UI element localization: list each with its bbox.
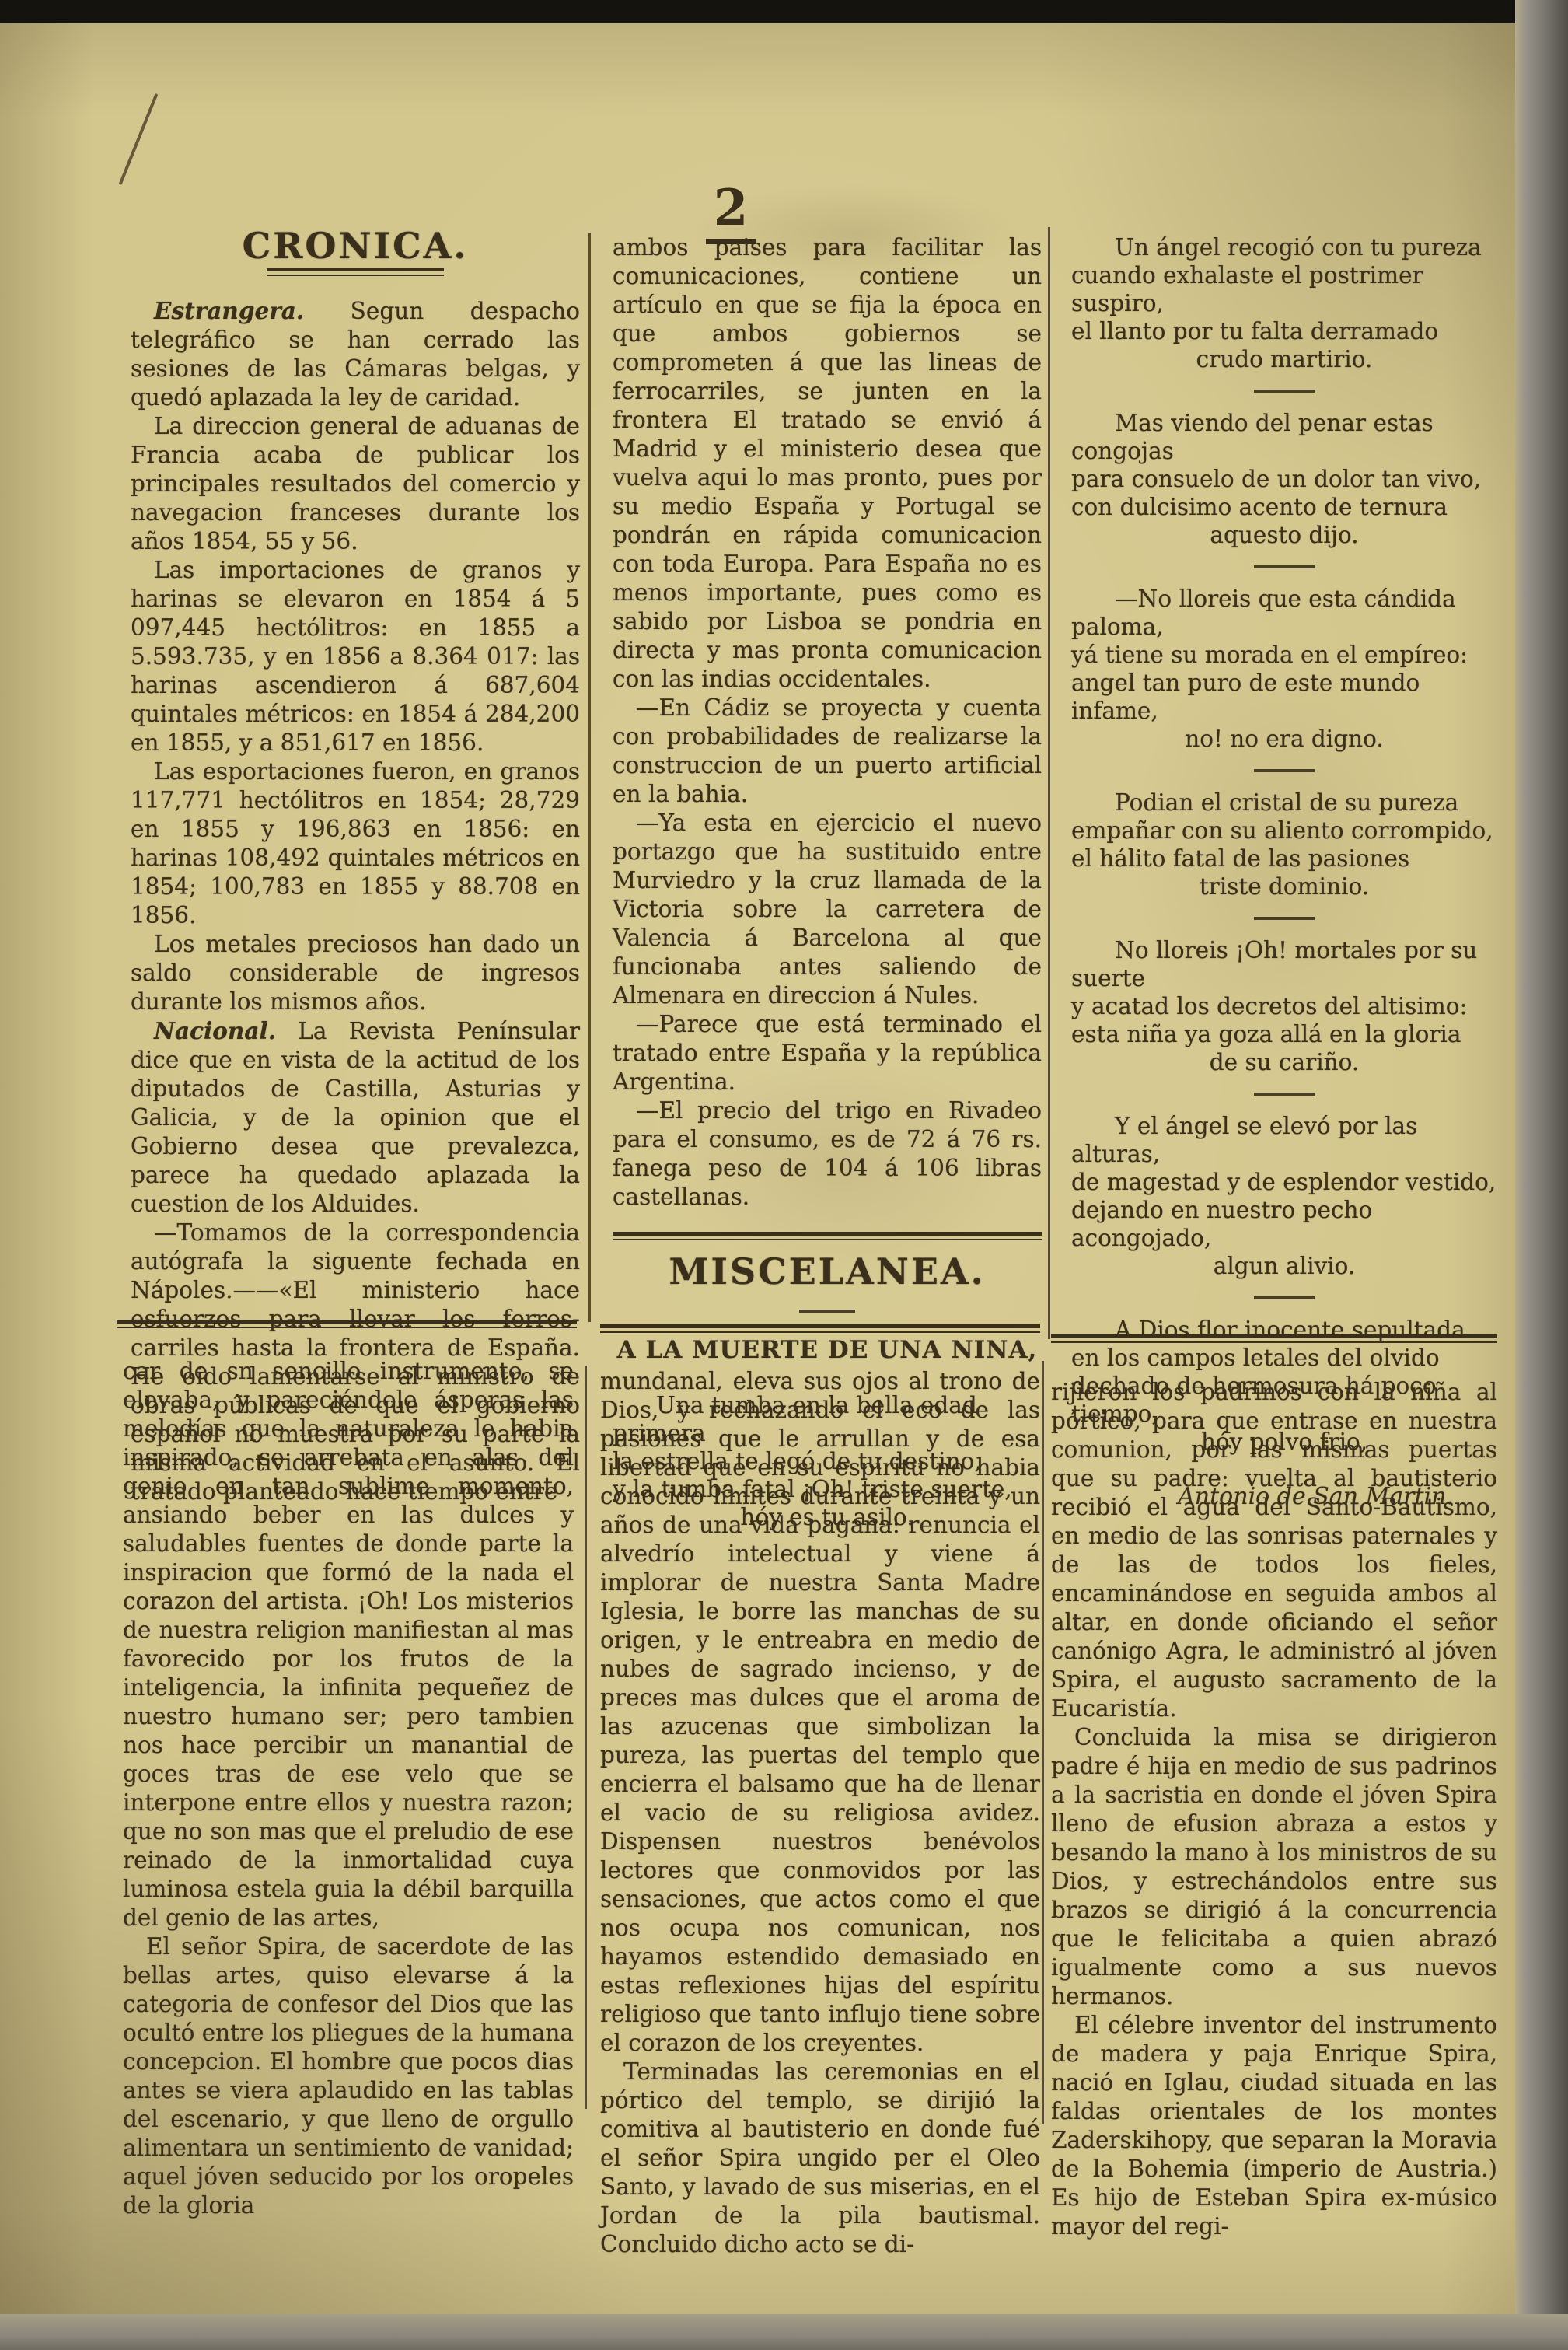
poem-title: A LA MUERTE DE UNA NINA,	[613, 1336, 1042, 1365]
stanza-rule	[1254, 1093, 1315, 1096]
pen-mark	[119, 93, 159, 185]
verse-line: yá tiene su morada en el empíreo:	[1071, 641, 1497, 669]
verse-line: y acatad los decretos del altisimo:	[1071, 992, 1497, 1020]
verse-line: cuando exhalaste el postrimer suspiro,	[1071, 261, 1497, 317]
section-rule	[613, 1232, 1042, 1240]
news-paragraph: —Ya esta en ejercicio el nuevo portazgo …	[613, 809, 1042, 1010]
paragraph-text: ambos paises para facilitar las comunica…	[613, 234, 1042, 692]
poem-stanza: No lloreis ¡Oh! mortales por su suerte y…	[1071, 936, 1497, 1076]
poem-stanza: Podian el cristal de su pureza empañar c…	[1071, 789, 1497, 900]
article-paragraph: Concluida la misa se dirigieron padre é …	[1051, 1723, 1497, 2011]
verse-line: —No lloreis que esta cándida paloma,	[1071, 585, 1497, 641]
newspaper-page: 2 CRONICA. Estrangera. Segun despacho te…	[0, 0, 1568, 2350]
cronica-paragraph: Las importaciones de granos y harinas se…	[131, 556, 580, 757]
news-paragraph: —El precio del trigo en Rivadeo para el …	[613, 1096, 1042, 1212]
stanza-rule	[1254, 1296, 1315, 1299]
stanza-rule	[1254, 917, 1315, 920]
paragraph-text: El señor Spira, de sacerdote de las bell…	[123, 1933, 574, 2219]
stanza-rule	[1254, 390, 1315, 393]
paragraph-text: El célebre inventor del instrumento de m…	[1051, 2012, 1497, 2240]
column-cronica: CRONICA. Estrangera. Segun despacho tele…	[131, 232, 580, 1506]
verse-line: aquesto dijo.	[1071, 521, 1497, 549]
paragraph-text: —El precio del trigo en Rivadeo para el …	[613, 1097, 1042, 1210]
article-paragraph: El célebre inventor del instrumento de m…	[1051, 2011, 1497, 2241]
news-paragraph: ambos paises para facilitar las comunica…	[613, 233, 1042, 694]
verse-line: esta niña ya goza allá en la gloria	[1071, 1020, 1497, 1048]
stanza-rule	[1254, 769, 1315, 772]
verse-line: con dulcisimo acento de ternura	[1071, 493, 1497, 521]
scan-edge-right	[1515, 0, 1568, 2350]
verse-line: para consuelo de un dolor tan vivo,	[1071, 465, 1497, 493]
verse-line: A Dios flor inocente sepultada	[1071, 1316, 1497, 1344]
heading-rule	[267, 268, 444, 276]
poem-stanza: Un ángel recogió con tu pureza cuando ex…	[1071, 233, 1497, 373]
cronica-heading: CRONICA.	[131, 232, 580, 261]
article-paragraph: mundanal, eleva sus ojos al trono de Dio…	[600, 1367, 1040, 2058]
verse-line: angel tan puro de este mundo infame,	[1071, 669, 1497, 725]
paragraph-text: La Revista Penínsular dice que en vista …	[131, 1018, 580, 1217]
cronica-paragraph: Estrangera. Segun despacho telegráfico s…	[131, 296, 580, 412]
cronica-paragraph: Nacional. La Revista Penínsular dice que…	[131, 1016, 580, 1219]
article-paragraph: car de sn sencillo instrumento, se eleva…	[123, 1357, 574, 1932]
column-divider	[1048, 227, 1050, 1339]
verse-line: de magestad y de esplendor vestido,	[1071, 1168, 1497, 1196]
poem-stanza: Mas viendo del penar estas congojas para…	[1071, 409, 1497, 549]
verse-line: el llanto por tu falta derramado	[1071, 317, 1497, 345]
paragraph-lead: Nacional.	[154, 1017, 276, 1044]
cronica-paragraph: La direccion general de aduanas de Franc…	[131, 412, 580, 556]
news-paragraph: —En Cádiz se proyecta y cuenta con proba…	[613, 694, 1042, 809]
paragraph-text: rijieron los padrinos con la niña al pór…	[1051, 1379, 1497, 1722]
column-middle: ambos paises para facilitar las comunica…	[613, 233, 1042, 1531]
verse-line: Mas viendo del penar estas congojas	[1071, 409, 1497, 465]
verse-line: en los campos letales del olvido	[1071, 1344, 1497, 1372]
verse-line: Un ángel recogió con tu pureza	[1071, 233, 1497, 261]
paragraph-lead: Estrangera.	[154, 297, 304, 324]
poem-stanza: Y el ángel se elevó por las alturas, de …	[1071, 1112, 1497, 1280]
column-divider	[585, 1366, 587, 2109]
column-bottom-right: rijieron los padrinos con la niña al pór…	[1051, 1378, 1497, 2241]
column-bottom-left: car de sn sencillo instrumento, se eleva…	[123, 1357, 574, 2220]
article-paragraph: El señor Spira, de sacerdote de las bell…	[123, 1932, 574, 2220]
scan-edge-top	[0, 0, 1568, 23]
paragraph-text: Las importaciones de granos y harinas se…	[131, 557, 580, 756]
heading-rule	[799, 1310, 855, 1313]
paragraph-text: —En Cádiz se proyecta y cuenta con proba…	[613, 694, 1042, 807]
stanza-rule	[1254, 565, 1315, 568]
verse-line: el hálito fatal de las pasiones	[1071, 845, 1497, 873]
verse-line: algun alivio.	[1071, 1252, 1497, 1280]
paragraph-text: Terminadas las ceremonias en el pórtico …	[600, 2058, 1040, 2257]
verse-line: Y el ángel se elevó por las alturas,	[1071, 1112, 1497, 1168]
paragraph-text: —Parece que está terminado el tratado en…	[613, 1011, 1042, 1095]
scan-edge-bottom	[0, 2314, 1568, 2350]
paragraph-text: —Ya esta en ejercicio el nuevo portazgo …	[613, 810, 1042, 1009]
verse-line: No lloreis ¡Oh! mortales por su suerte	[1071, 936, 1497, 992]
verse-line: triste dominio.	[1071, 873, 1497, 900]
paragraph-text: Los metales preciosos han dado un saldo …	[131, 931, 580, 1015]
article-paragraph: rijieron los padrinos con la niña al pór…	[1051, 1378, 1497, 1723]
paragraph-text: car de sn sencillo instrumento, se eleva…	[123, 1358, 574, 1931]
verse-line: Podian el cristal de su pureza	[1071, 789, 1497, 817]
verse-line: no! no era digno.	[1071, 725, 1497, 753]
column-bottom-middle: mundanal, eleva sus ojos al trono de Dio…	[600, 1367, 1040, 2259]
miscelanea-heading: MISCELANEA.	[613, 1257, 1042, 1286]
paragraph-text: La direccion general de aduanas de Franc…	[131, 413, 580, 554]
paragraph-text: Concluida la misa se dirigieron padre é …	[1051, 1724, 1497, 2009]
column-divider	[588, 233, 591, 1322]
column-divider	[1042, 1361, 1044, 2124]
news-paragraph: —Parece que está terminado el tratado en…	[613, 1010, 1042, 1096]
column-poem: Un ángel recogió con tu pureza cuando ex…	[1071, 233, 1497, 1511]
verse-line: de su cariño.	[1071, 1048, 1497, 1076]
verse-line: empañar con su aliento corrompido,	[1071, 817, 1497, 845]
poem-stanza: —No lloreis que esta cándida paloma, yá …	[1071, 585, 1497, 753]
verse-line: crudo martirio.	[1071, 345, 1497, 373]
paragraph-text: Las esportaciones fueron, en granos 117,…	[131, 758, 580, 928]
cronica-paragraph: Los metales preciosos han dado un saldo …	[131, 930, 580, 1016]
verse-line: dejando en nuestro pecho acongojado,	[1071, 1196, 1497, 1252]
paragraph-text: mundanal, eleva sus ojos al trono de Dio…	[600, 1368, 1040, 2056]
cronica-paragraph: Las esportaciones fueron, en granos 117,…	[131, 757, 580, 930]
article-paragraph: Terminadas las ceremonias en el pórtico …	[600, 2058, 1040, 2259]
